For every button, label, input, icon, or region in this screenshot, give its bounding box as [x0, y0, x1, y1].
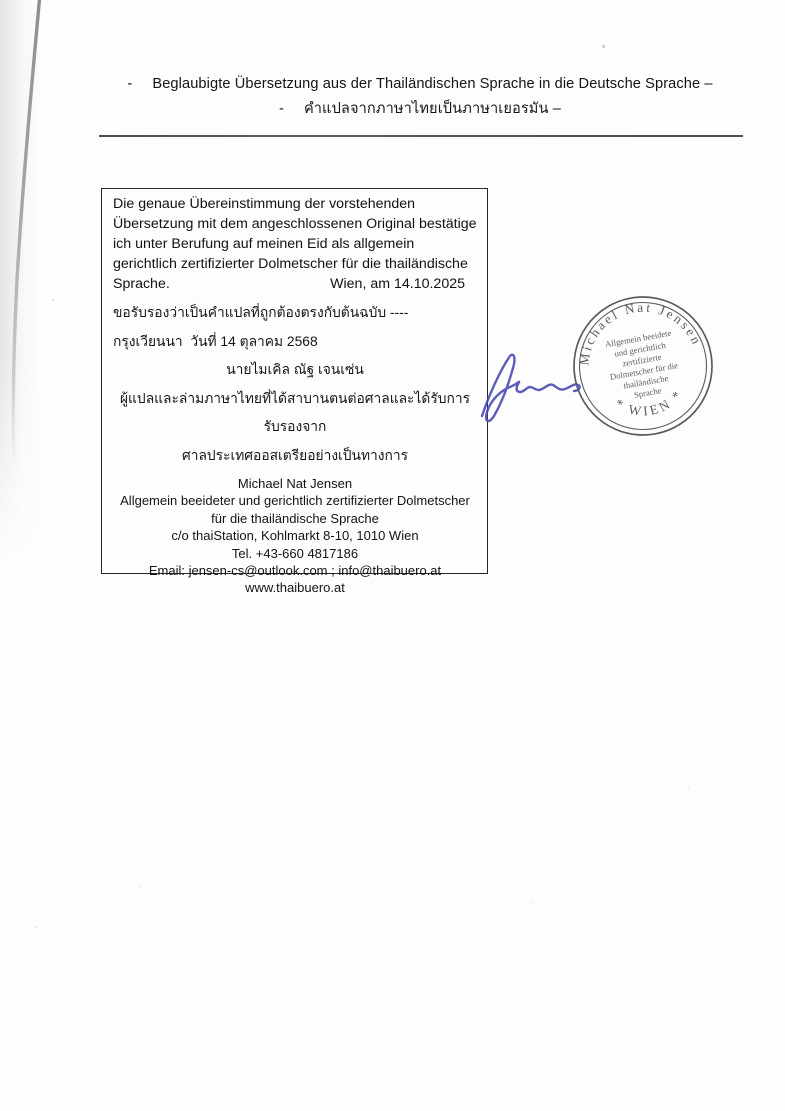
statement-line: ich unter Berufung auf meinen Eid als al…	[113, 234, 477, 254]
contact-phone: Tel. +43-660 4817186	[113, 545, 477, 562]
stamp-center-line: Sprache	[633, 385, 662, 400]
contact-website: www.thaibuero.at	[113, 579, 477, 596]
stamp-center-line: zertifizierte	[622, 352, 663, 369]
thai-line: กรุงเวียนนา วันที่ 14 ตุลาคม 2568	[113, 328, 477, 357]
contact-email: Email: jensen-cs@outlook.com ; info@thai…	[113, 562, 477, 579]
contact-line: für die thailändische Sprache	[113, 510, 477, 527]
stamp-center-line: und gerichtlich	[614, 340, 667, 359]
stamp-center-text: Allgemein beeidete und gerichtlich zerti…	[603, 328, 682, 404]
stamp-outer-ring	[568, 291, 718, 441]
scanned-document-page: -Beglaubigte Übersetzung aus der Thailän…	[0, 0, 785, 1111]
header-dash: -	[279, 97, 284, 122]
scan-speck	[602, 45, 605, 48]
header-title-thai: คำแปลจากภาษาไทยเป็นภาษาเยอรมัน –	[304, 101, 561, 117]
scan-fold-line	[0, 0, 60, 470]
header-title-german: Beglaubigte Übersetzung aus der Thailänd…	[152, 76, 712, 92]
scan-speck	[140, 886, 142, 888]
statement-last-row: Sprache. Wien, am 14.10.2025	[113, 274, 477, 294]
stamp-center-line: Dolmetscher für die	[609, 360, 679, 382]
stamp-arc-city: * WIEN *	[610, 384, 689, 424]
thai-certification-block: ขอรับรองว่าเป็นคำแปลที่ถูกต้องตรงกับต้นฉ…	[113, 299, 477, 470]
certification-box: Die genaue Übereinstimmung der vorstehen…	[101, 188, 488, 574]
stamp-center-line: Allgemein beeidete	[604, 328, 672, 350]
scan-fold-shading	[0, 0, 46, 560]
document-header: -Beglaubigte Übersetzung aus der Thailän…	[60, 72, 780, 122]
stamp-inner-ring	[569, 292, 716, 439]
scan-speck	[688, 787, 690, 789]
statement-line: Übersetzung mit dem angeschlossenen Orig…	[113, 214, 477, 234]
statement-line: gerichtlich zertifizierter Dolmetscher f…	[113, 254, 477, 274]
notary-stamp: Michael Nat Jensen Allgemein beeidete un…	[568, 291, 718, 441]
stamp-arc-name: Michael Nat Jensen	[568, 291, 706, 369]
scan-speck	[52, 299, 55, 301]
header-separator-rule	[99, 135, 743, 137]
translator-contact-block: Michael Nat Jensen Allgemein beeideter u…	[113, 475, 477, 597]
contact-name: Michael Nat Jensen	[113, 475, 477, 492]
statement-line: Sprache.	[113, 274, 170, 294]
header-line-german: -Beglaubigte Übersetzung aus der Thailän…	[60, 72, 780, 97]
scan-speck	[34, 926, 37, 928]
thai-line: นายไมเคิล ณัฐ เจนเซ่น	[113, 356, 477, 385]
thai-line: ขอรับรองว่าเป็นคำแปลที่ถูกต้องตรงกับต้นฉ…	[113, 299, 477, 328]
header-dash: -	[127, 72, 132, 97]
certification-statement: Die genaue Übereinstimmung der vorstehen…	[113, 194, 477, 294]
thai-line: ผู้แปลและล่ามภาษาไทยที่ได้สาบานตนต่อศาลแ…	[113, 385, 477, 442]
statement-line: Die genaue Übereinstimmung der vorstehen…	[113, 194, 477, 214]
place-date: Wien, am 14.10.2025	[330, 274, 465, 294]
thai-line: ศาลประเทศออสเตรียอย่างเป็นทางการ	[113, 442, 477, 471]
contact-address: c/o thaiStation, Kohlmarkt 8-10, 1010 Wi…	[113, 527, 477, 544]
header-line-thai: -คำแปลจากภาษาไทยเป็นภาษาเยอรมัน –	[60, 97, 780, 122]
scan-speck	[530, 901, 532, 903]
contact-line: Allgemein beeideter und gerichtlich zert…	[113, 492, 477, 509]
stamp-center-line: thailändische	[623, 373, 670, 391]
